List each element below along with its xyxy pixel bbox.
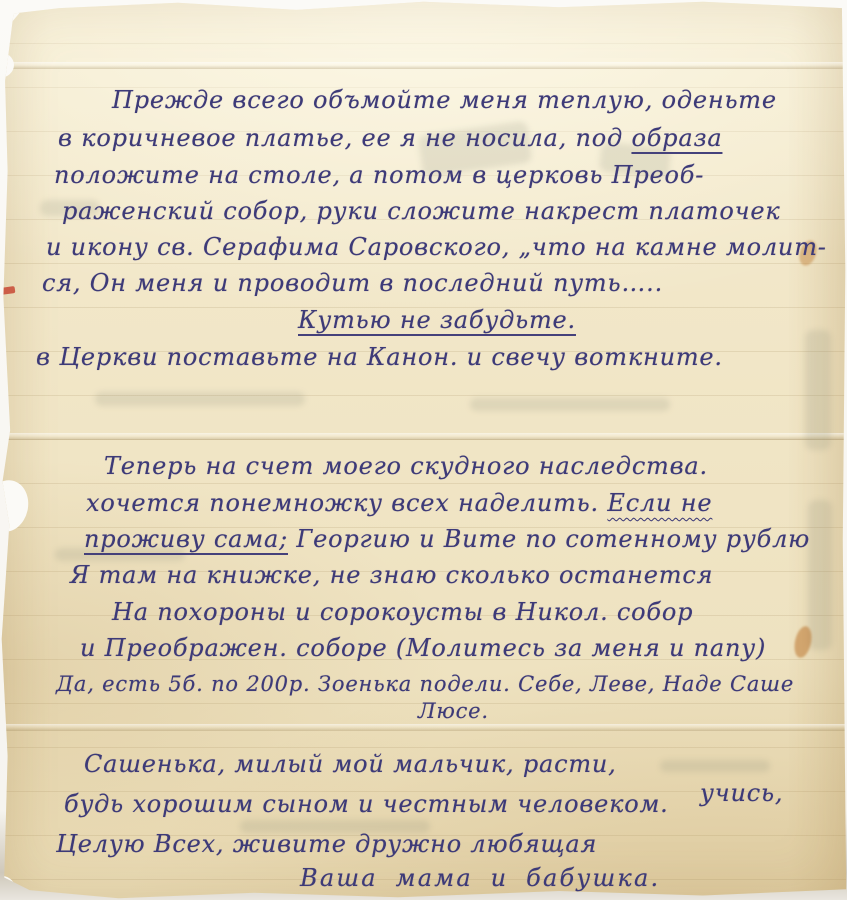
red-edge-mark <box>0 286 15 295</box>
letter-line-text: Я там на книжке, не знаю сколько останет… <box>70 561 713 589</box>
letter-line: ся, Он меня и проводит в последний путь…… <box>42 269 663 297</box>
letter-line: раженский собор, руки сложите накрест пл… <box>62 197 780 225</box>
letter-line: Теперь на счет моего скудного наследства… <box>104 452 708 480</box>
letter-line: Сашенька, милый мой мальчик, расти, <box>84 750 617 778</box>
letter-line-text: ся, Он меня и проводит в последний путь…… <box>42 269 663 297</box>
letter-line: Люсе. <box>418 699 489 723</box>
bleedthrough-mark <box>660 760 770 772</box>
torn-edge-notch <box>0 52 14 78</box>
letter-line-text: Целую Всех, живите дружно любящая <box>56 830 597 858</box>
letter-paper: Прежде всего объмойте меня теплую, одень… <box>0 0 847 900</box>
letter-line-text: в коричневое платье, ее я не носила, под <box>58 124 631 152</box>
letter-line-text: учись, <box>700 779 783 807</box>
letter-line: и Преображен. соборе (Молитесь за меня и… <box>80 634 766 662</box>
torn-edge-notch <box>0 876 16 900</box>
underlined-text: Если не <box>607 489 712 517</box>
letter-line-text: Ваша мама и бабушка. <box>300 864 660 892</box>
letter-line-text: Сашенька, милый мой мальчик, расти, <box>84 750 617 778</box>
letter-line: Целую Всех, живите дружно любящая <box>56 830 597 858</box>
letter-line-text: Прежде всего объмойте меня теплую, одень… <box>112 86 777 114</box>
underlined-text: Кутью не забудьте. <box>298 306 576 334</box>
letter-line-text: На похороны и сорокоусты в Никол. собор <box>112 598 693 626</box>
letter-line: проживу сама; Георгию и Вите по сотенном… <box>84 525 810 553</box>
letter-line-text: хочется понемножку всех наделить. <box>86 489 607 517</box>
bleedthrough-mark <box>808 500 832 650</box>
letter-line: в Церкви поставьте на Канон. и свечу вот… <box>36 343 723 371</box>
bleedthrough-mark <box>470 398 670 411</box>
letter-line: Я там на книжке, не знаю сколько останет… <box>70 561 713 589</box>
letter-line: Прежде всего объмойте меня теплую, одень… <box>112 86 777 114</box>
letter-line: Да, есть 5б. по 200р. Зоенька подели. Се… <box>56 672 794 696</box>
bleedthrough-mark <box>95 392 305 406</box>
letter-line: Кутью не забудьте. <box>298 306 576 334</box>
letter-line-text: и икону св. Серафима Саровского, „что на… <box>46 233 827 261</box>
letter-line-text: Теперь на счет моего скудного наследства… <box>104 452 708 480</box>
letter-line: будь хорошим сыном и честным человеком. <box>64 790 669 818</box>
fold-crease <box>0 433 847 440</box>
fold-crease <box>0 62 847 69</box>
letter-line: учись, <box>700 779 783 807</box>
letter-line-text: Да, есть 5б. по 200р. Зоенька подели. Се… <box>56 672 794 696</box>
underlined-text: проживу сама; <box>84 525 288 553</box>
bleedthrough-mark <box>805 330 831 450</box>
torn-edge-notch <box>0 476 33 536</box>
letter-line-text: Георгию и Вите по сотенному рублю <box>288 525 810 553</box>
letter-line: На похороны и сорокоусты в Никол. собор <box>112 598 693 626</box>
letter-line: и икону св. Серафима Саровского, „что на… <box>46 233 827 261</box>
fold-crease <box>0 724 847 731</box>
letter-line-text: положите на столе, а потом в церковь Пре… <box>54 161 704 189</box>
letter-line-text: и Преображен. соборе (Молитесь за меня и… <box>80 634 766 662</box>
underlined-text: образа <box>631 124 722 152</box>
letter-line-text: Люсе. <box>418 699 489 723</box>
letter-line: положите на столе, а потом в церковь Пре… <box>54 161 704 189</box>
signature-line: Ваша мама и бабушка. <box>300 864 660 892</box>
letter-line-text: раженский собор, руки сложите накрест пл… <box>62 197 780 225</box>
letter-line-text: в Церкви поставьте на Канон. и свечу вот… <box>36 343 723 371</box>
letter-line-text: будь хорошим сыном и честным человеком. <box>64 790 669 818</box>
torn-edge-notch <box>0 0 31 33</box>
letter-line: хочется понемножку всех наделить. Если н… <box>86 489 712 517</box>
letter-line: в коричневое платье, ее я не носила, под… <box>58 124 722 152</box>
